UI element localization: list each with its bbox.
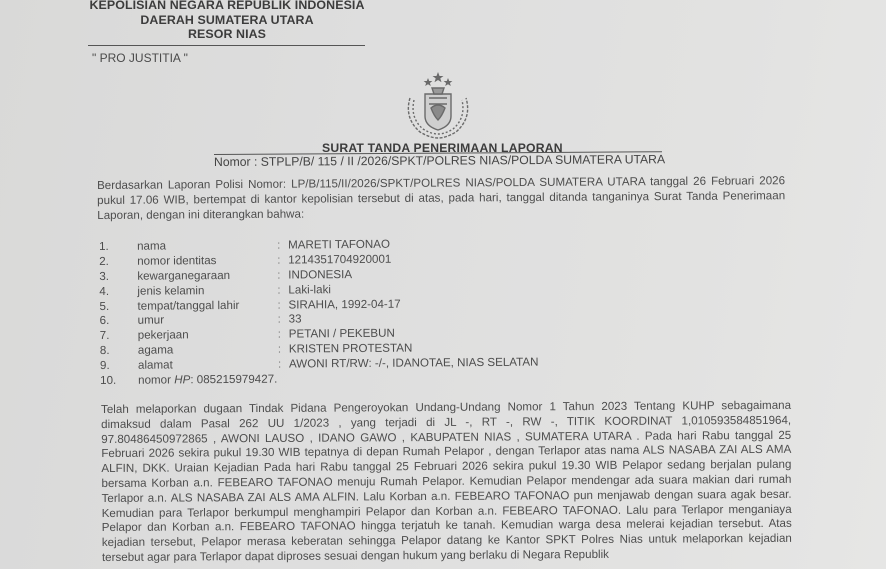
letterhead-divider <box>88 45 365 46</box>
row-number: 2. <box>99 255 109 268</box>
row-number: 1. <box>99 240 109 253</box>
row-number: 6. <box>100 314 110 327</box>
letterhead-line-2: DAERAH SUMATERA UTARA <box>88 13 366 28</box>
row-label: alamat <box>138 359 173 372</box>
phone-value: : 085215979427. <box>190 373 277 387</box>
row-label: jenis kelamin <box>137 284 204 298</box>
row-number: 3. <box>99 270 109 283</box>
row-label: agama <box>138 344 174 357</box>
intro-paragraph: Berdasarkan Laporan Polisi Nomor: LP/B/1… <box>97 174 785 223</box>
row-value: INDONESIA <box>288 268 352 282</box>
row-label: pekerjaan <box>138 329 189 342</box>
row-number: 8. <box>100 344 110 357</box>
row-value: PETANI / PEKEBUN <box>289 327 395 341</box>
row-label: nama <box>137 239 166 252</box>
row-value: MARETI TAFONAO <box>288 238 390 252</box>
row-label: tempat/tanggal lahir <box>137 298 239 312</box>
scanned-document-page: KEPOLISIAN NEGARA REPUBLIK INDONESIA DAE… <box>0 0 886 569</box>
colon: : <box>277 239 280 252</box>
row-value: 33 <box>289 313 302 326</box>
phone-label-hp: HP <box>174 373 190 386</box>
report-paragraph: Telah melaporkan dugaan Tindak Pidana Pe… <box>101 399 792 566</box>
row-number: 7. <box>100 329 110 342</box>
colon: : <box>278 358 281 371</box>
phone-label-prefix: nomor <box>138 373 174 386</box>
row-value: 1214351704920001 <box>288 253 391 267</box>
phone-row: 10. nomor HP: 085215979427. <box>100 370 620 389</box>
letterhead: KEPOLISIAN NEGARA REPUBLIK INDONESIA DAE… <box>88 0 366 42</box>
identity-list: 1. nama : MARETI TAFONAO 2. nomor identi… <box>99 236 620 389</box>
letterhead-line-1: KEPOLISIAN NEGARA REPUBLIK INDONESIA <box>88 0 366 13</box>
colon: : <box>278 313 281 326</box>
row-number: 4. <box>99 285 109 298</box>
colon: : <box>277 283 280 296</box>
row-value: KRISTEN PROTESTAN <box>289 342 413 356</box>
colon: : <box>278 343 281 356</box>
row-number: 9. <box>100 359 110 372</box>
colon: : <box>277 298 280 311</box>
row-number: 5. <box>99 299 109 312</box>
row-label: umur <box>138 314 165 327</box>
row-value: SIRAHIA, 1992-04-17 <box>288 297 400 311</box>
colon: : <box>277 268 280 281</box>
phone-label: nomor HP: 085215979427. <box>138 373 277 387</box>
row-value: AWONI RT/RW: -/-, IDANOTAE, NIAS SELATAN <box>289 356 539 371</box>
row-value: Laki-laki <box>288 283 331 296</box>
pro-justitia-label: " PRO JUSTITIA " <box>92 51 188 65</box>
colon: : <box>277 253 280 266</box>
colon: : <box>278 328 281 341</box>
row-number: 10. <box>100 374 116 387</box>
row-label: nomor identitas <box>137 254 216 268</box>
row-label: kewarganegaraan <box>137 269 230 283</box>
letterhead-line-3: RESOR NIAS <box>88 27 366 42</box>
police-emblem-icon <box>398 68 478 142</box>
document-number: Nomor : STPLP/B/ 115 / II /2026/SPKT/POL… <box>214 152 665 169</box>
